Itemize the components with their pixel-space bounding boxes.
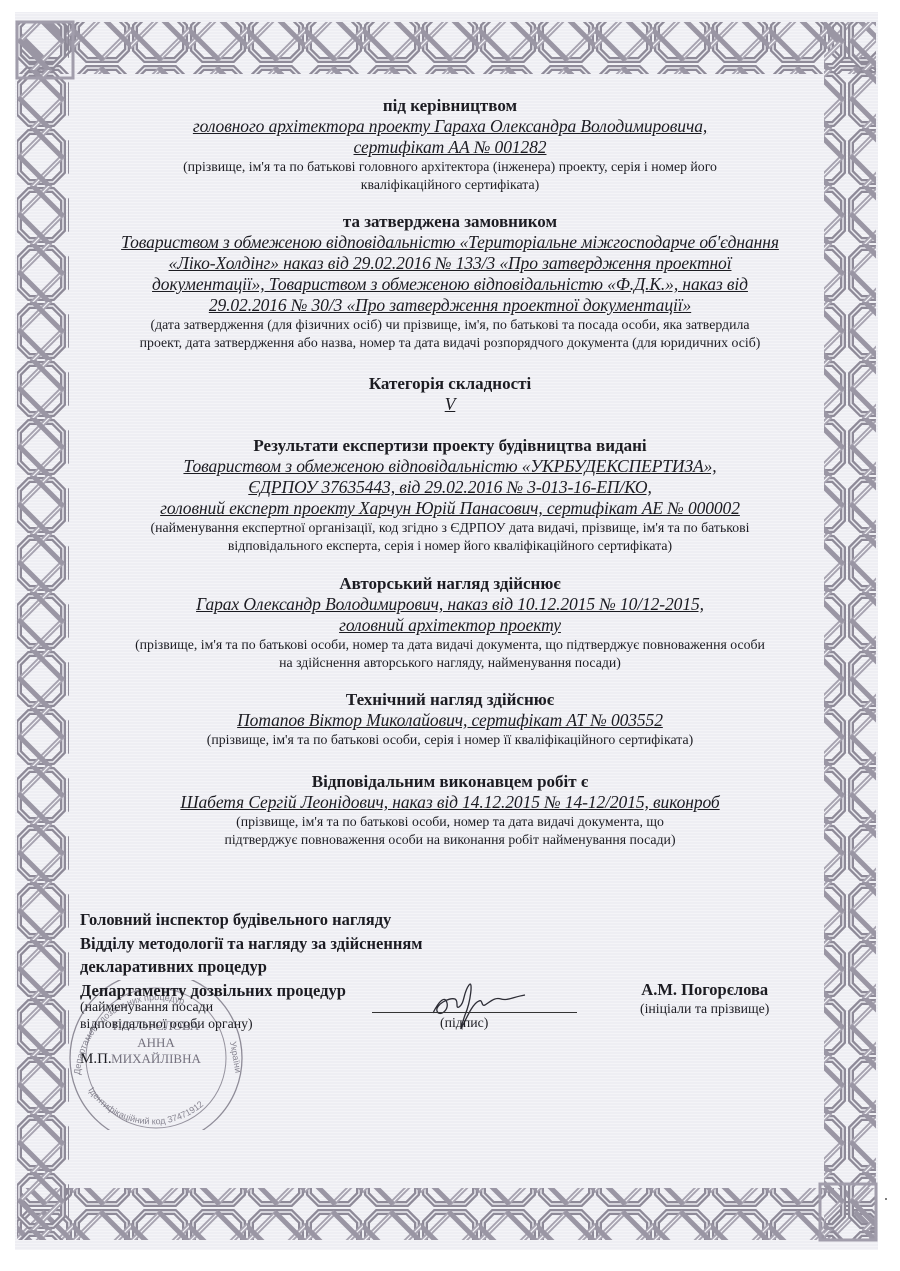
section-note: (прізвище, ім'я та по батькові особи, се… [70, 731, 830, 749]
seal-placeholder: М.П. [80, 1051, 112, 1068]
section-value: Потапов Віктор Миколайович, сертифікат А… [70, 710, 830, 731]
section-responsible-contractor: Відповідальним виконавцем робіт є Шабетя… [70, 772, 830, 849]
official-position: Головний інспектор будівельного нагляду … [80, 908, 423, 1002]
section-value: сертифікат АА № 001282 [70, 137, 830, 158]
signer-name: А.М. Погорєлова [640, 980, 769, 1000]
section-heading: під керівництвом [70, 96, 830, 116]
signer-caption: (ініціали та прізвище) [640, 1000, 769, 1017]
section-heading: Відповідальним виконавцем робіт є [70, 772, 830, 792]
position-note-line: відповідальної особи органу) [80, 1015, 253, 1032]
section-value: Шабетя Сергій Леонідович, наказ від 14.1… [70, 792, 830, 813]
section-heading: Авторський нагляд здійснює [70, 574, 830, 594]
section-note: кваліфікаційного сертифіката) [70, 176, 830, 194]
section-note: підтверджує повноваження особи на викона… [70, 831, 830, 849]
section-note: (прізвище, ім'я та по батькові особи, но… [70, 813, 830, 831]
section-value: документації», Товариством з обмеженою в… [70, 274, 830, 295]
section-value: ЄДРПОУ 37635443, від 29.02.2016 № 3-013-… [70, 477, 830, 498]
position-line: Відділу методології та нагляду за здійсн… [80, 932, 423, 956]
section-author-supervision: Авторський нагляд здійснює Гарах Олексан… [70, 574, 830, 672]
section-value: Товариством з обмеженою відповідальністю… [70, 456, 830, 477]
section-value: головний експерт проекту Харчун Юрій Пан… [70, 498, 830, 519]
section-value: головний архітектор проекту [70, 615, 830, 636]
signature-caption: (підпис) [440, 1015, 488, 1031]
section-value: Товариством з обмеженою відповідальністю… [70, 232, 830, 253]
stamp-patronymic: МИХАЙЛІВНА [111, 1051, 201, 1066]
section-value: 29.02.2016 № 30/3 «Про затвердження прое… [70, 295, 830, 316]
section-note: на здійснення авторського нагляду, найме… [70, 654, 830, 672]
section-technical-supervision: Технічний нагляд здійснює Потапов Віктор… [70, 690, 830, 749]
section-heading: Результати експертизи проекту будівництв… [70, 436, 830, 456]
section-note: (найменування експертної організації, ко… [70, 519, 830, 537]
section-note: відповідального експерта, серія і номер … [70, 537, 830, 555]
position-line: декларативних процедур [80, 955, 423, 979]
complexity-category-value: V [70, 394, 830, 415]
section-value: головного архітектора проекту Гараха Оле… [70, 116, 830, 137]
signature-line [372, 1012, 577, 1013]
section-value: Гарах Олександр Володимирович, наказ від… [70, 594, 830, 615]
section-note: (прізвище, ім'я та по батькові головного… [70, 158, 830, 176]
section-value: «Ліко-Холдінг» наказ від 29.02.2016 № 13… [70, 253, 830, 274]
section-heading: Технічний нагляд здійснює [70, 690, 830, 710]
section-approval: та затверджена замовником Товариством з … [70, 212, 830, 352]
section-note: (дата затвердження (для фізичних осіб) ч… [70, 316, 830, 334]
position-note: (найменування посади відповідальної особ… [80, 998, 253, 1032]
section-note: проект, дата затвердження або назва, ном… [70, 334, 830, 352]
stamp-first-name: АННА [137, 1035, 175, 1050]
section-expertise: Результати експертизи проекту будівництв… [70, 436, 830, 555]
section-heading: та затверджена замовником [70, 212, 830, 232]
section-complexity: Категорія складності V [70, 374, 830, 415]
scan-speck [885, 1198, 887, 1200]
position-note-line: (найменування посади [80, 998, 253, 1015]
section-heading: Категорія складності [70, 374, 830, 394]
signer: А.М. Погорєлова (ініціали та прізвище) [640, 980, 769, 1017]
section-note: (прізвище, ім'я та по батькові особи, но… [70, 636, 830, 654]
position-line: Головний інспектор будівельного нагляду [80, 908, 423, 932]
section-supervision: під керівництвом головного архітектора п… [70, 96, 830, 194]
